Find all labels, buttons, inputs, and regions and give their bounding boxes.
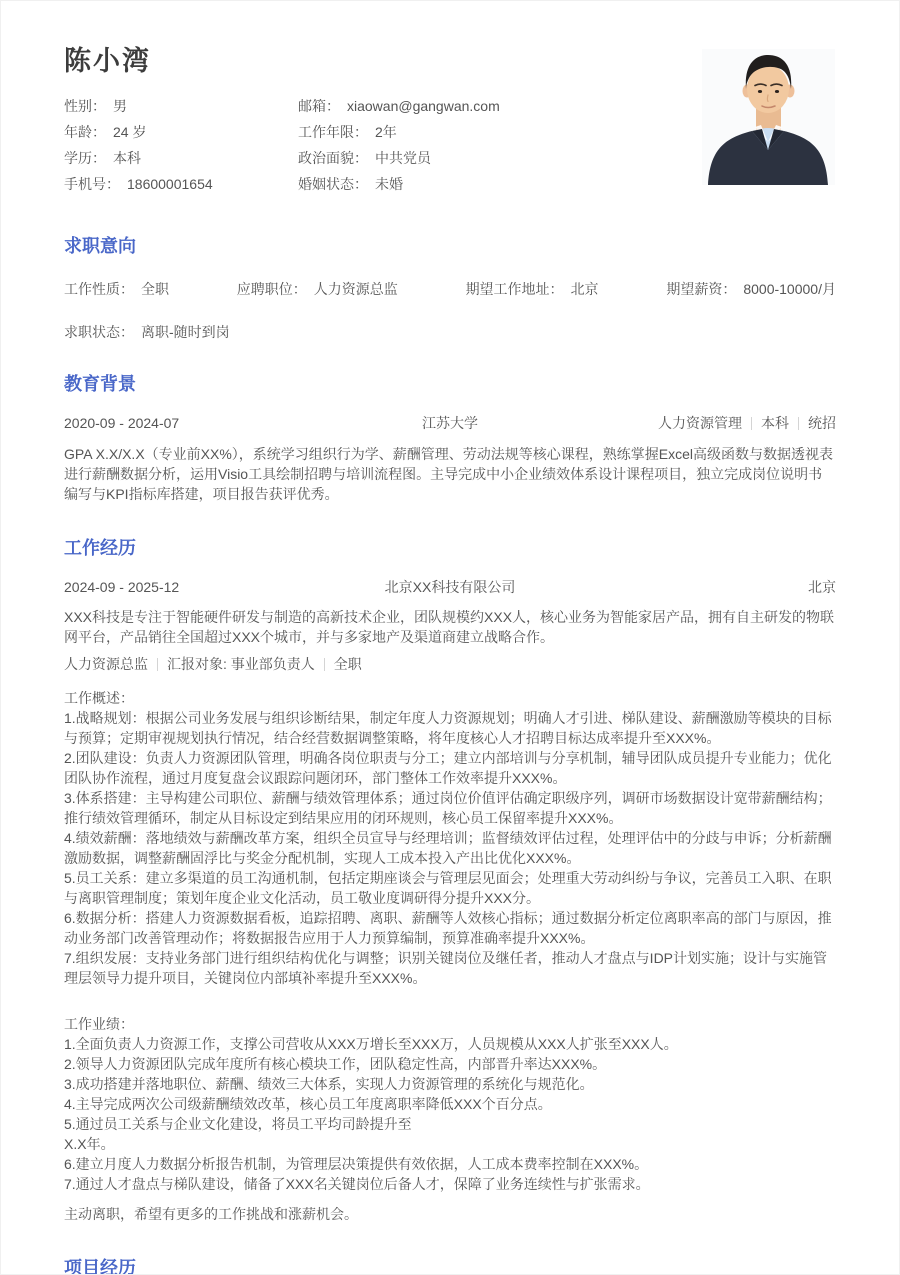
education-degree: 本科 [761,416,789,431]
intent-expected-salary: 期望薪资：8000-10000/月 [666,282,836,297]
intent-job-status: 求职状态：离职-随时到岗 [64,325,230,340]
education-degree-info: 人力资源管理 本科 统招 [596,416,836,431]
profile-photo [702,49,835,185]
work-overview-list: 1.战略规划：根据公司业务发展与组织诊断结果，制定年度人力资源规划；明确人才引进… [64,708,836,988]
education-title: 教育背景 [64,374,836,394]
work-overview-title: 工作概述： [64,688,836,708]
divider [798,417,799,430]
job-intention-row-2: 求职状态：离职-随时到岗 [64,325,836,340]
section-education: 教育背景 2020-09 - 2024-07 江苏大学 人力资源管理 本科 统招… [64,374,836,504]
divider [751,417,752,430]
work-job-type: 全职 [334,657,362,672]
intent-target-location: 期望工作地址：北京 [466,282,599,297]
company-intro: XXX科技是专注于智能硬件研发与制造的高新技术企业，团队规模约XXX人，核心业务… [64,607,836,647]
work-position: 人力资源总监 [64,657,148,672]
projects-title: 项目经历 [64,1258,836,1275]
info-marital-status: 婚姻状态：未婚 [298,177,644,192]
work-title-line: 人力资源总监 汇报对象: 事业部负责人 全职 [64,657,836,672]
work-overview-block: 工作概述： 1.战略规划：根据公司业务发展与组织诊断结果，制定年度人力资源规划；… [64,688,836,988]
education-enrollment: 统招 [808,416,836,431]
education-meta-row: 2020-09 - 2024-07 江苏大学 人力资源管理 本科 统招 [64,416,836,431]
job-intention-title: 求职意向 [64,236,836,256]
info-phone: 手机号：18600001654 [64,177,298,192]
divider [157,658,158,671]
info-email: 邮箱：xiaowan@gangwan.com [298,99,644,114]
info-age: 年龄：24 岁 [64,125,298,140]
work-period: 2024-09 - 2025-12 [64,580,304,595]
education-school: 江苏大学 [304,416,596,431]
work-company: 北京XX科技有限公司 [304,580,596,595]
section-job-intention: 求职意向 工作性质：全职 应聘职位：人力资源总监 期望工作地址：北京 期望薪资：… [64,236,836,340]
work-experience-title: 工作经历 [64,538,836,558]
personal-info-grid: 性别：男 邮箱：xiaowan@gangwan.com 年龄：24 岁 工作年限… [64,99,644,192]
leave-reason: 主动离职，希望有更多的工作挑战和涨薪机会。 [64,1204,836,1224]
intent-job-nature: 工作性质：全职 [64,282,169,297]
section-work-experience: 工作经历 2024-09 - 2025-12 北京XX科技有限公司 北京 XXX… [64,538,836,1224]
resume-page: 陈小湾 性别：男 邮箱：xiaowan@gangwan.com 年龄：24 岁 … [0,0,900,1275]
education-period: 2020-09 - 2024-07 [64,416,304,431]
work-meta-row: 2024-09 - 2025-12 北京XX科技有限公司 北京 [64,580,836,595]
education-major: 人力资源管理 [658,416,742,431]
info-work-years: 工作年限：2年 [298,125,644,140]
info-political-status: 政治面貌：中共党员 [298,151,644,166]
work-achievements-block: 工作业绩： 1.全面负责人力资源工作，支撑公司营收从XXX万增长至XXX万，人员… [64,1014,836,1194]
education-description: GPA X.X/X.X（专业前XX%），系统学习组织行为学、薪酬管理、劳动法规等… [64,444,836,504]
section-projects: 项目经历 [64,1258,836,1275]
info-education: 学历：本科 [64,151,298,166]
divider [324,658,325,671]
info-gender: 性别：男 [64,99,298,114]
work-achievements-list: 1.全面负责人力资源工作，支撑公司营收从XXX万增长至XXX万，人员规模从XXX… [64,1034,836,1194]
work-report-to: 汇报对象: 事业部负责人 [167,657,315,672]
work-achievements-title: 工作业绩： [64,1014,836,1034]
intent-target-position: 应聘职位：人力资源总监 [237,282,398,297]
work-location: 北京 [596,580,836,595]
job-intention-row-1: 工作性质：全职 应聘职位：人力资源总监 期望工作地址：北京 期望薪资：8000-… [64,282,836,297]
